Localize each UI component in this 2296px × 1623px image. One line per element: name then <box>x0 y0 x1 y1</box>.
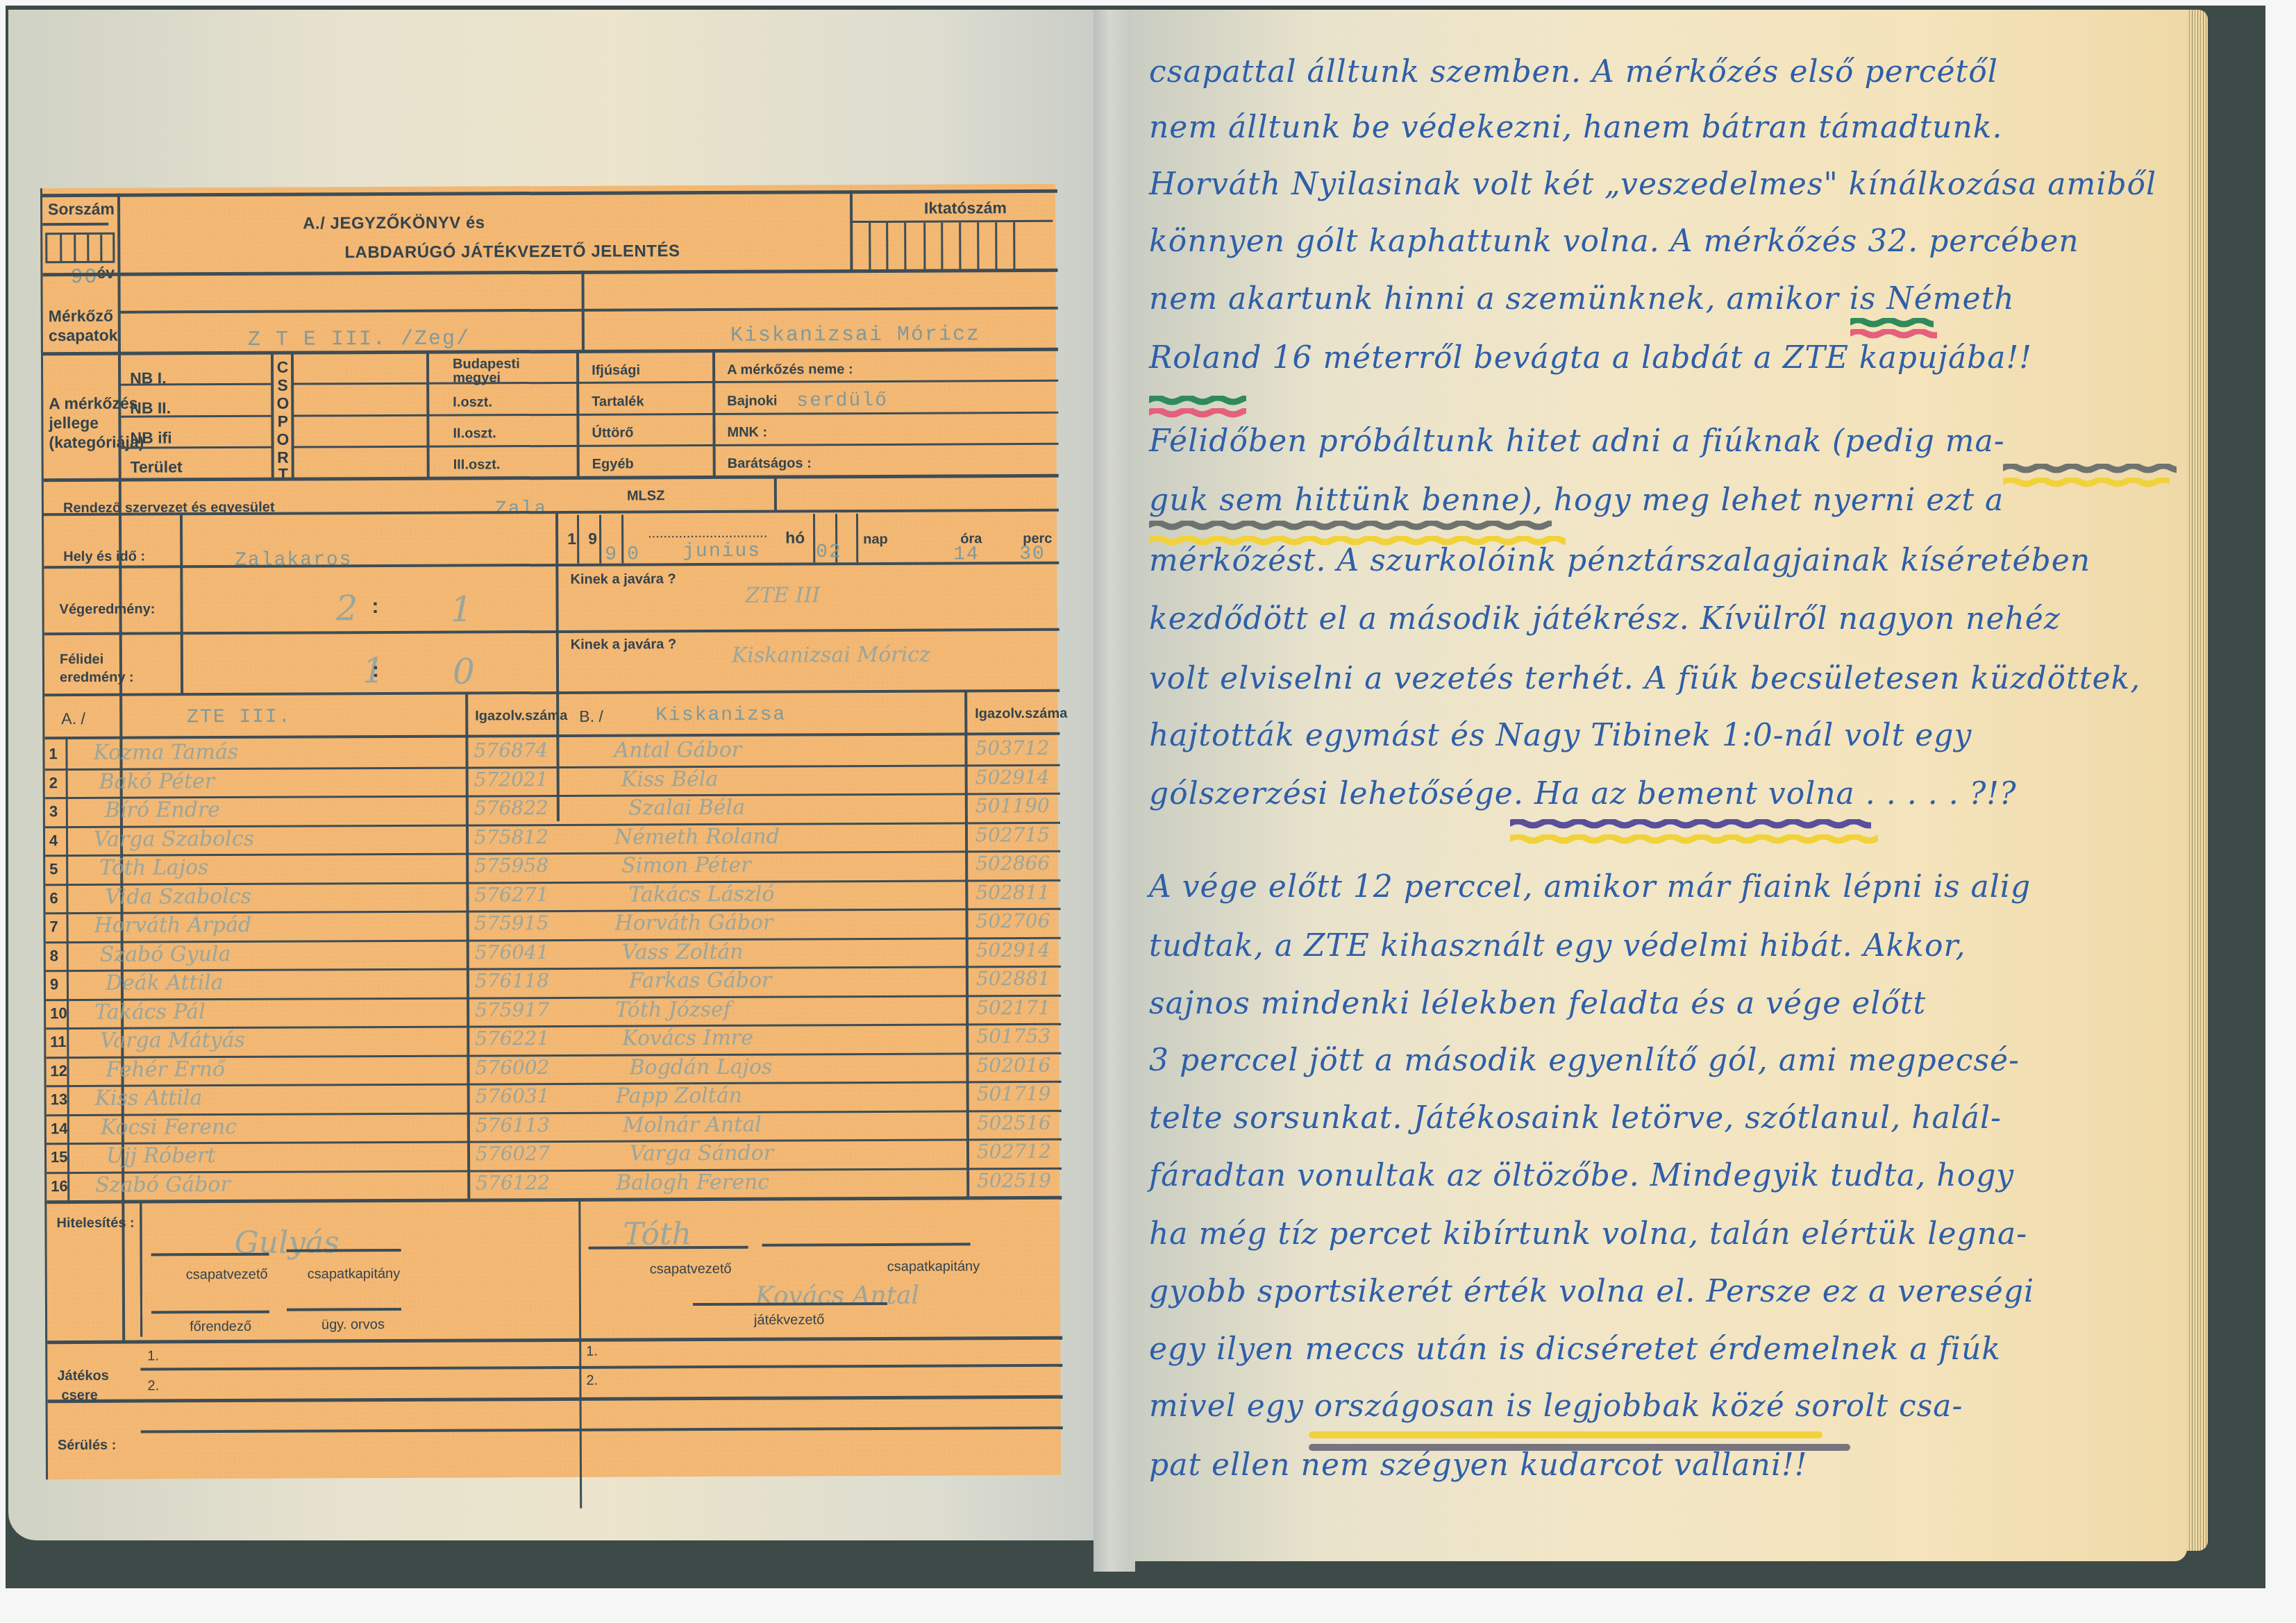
team-b-player-name: Balogh Ferenc <box>616 1170 769 1195</box>
team-a-player-name: Varga Szabolcs <box>94 826 254 851</box>
team-a-license: 576027 <box>476 1142 550 1165</box>
age-class-3: Úttörő <box>592 425 633 440</box>
team-a-license: 576271 <box>474 883 548 906</box>
diary-line: egy ilyen meccs után is dicséretet érdem… <box>1149 1331 2001 1367</box>
team-a-player-name: Vida Szabolcs <box>105 884 251 909</box>
final-score-separator: : <box>372 595 379 618</box>
diary-line: mivel egy országosan is legjobbak közé s… <box>1149 1388 1963 1424</box>
injury-label: Sérülés : <box>58 1438 117 1453</box>
divider <box>44 474 1059 482</box>
divider <box>42 190 1057 197</box>
team-b-license: 502811 <box>975 880 1050 903</box>
team-b-label: B. / <box>579 708 603 725</box>
team-a-license-label: Igazolv.száma <box>475 708 567 724</box>
row-number: 15 <box>51 1148 68 1166</box>
diary-line: könnyen gólt kaphattunk volna. A mérkőzé… <box>1149 224 2079 259</box>
place-typed: Zalakaros <box>235 549 352 571</box>
divider <box>119 307 1058 314</box>
diary-line: Roland 16 méterről bevágta a labdát a ZT… <box>1149 340 2032 376</box>
serial-number-boxes <box>45 233 115 263</box>
highlight-yellow <box>1309 1431 1822 1438</box>
category-nbifi: NB ifi <box>130 429 171 447</box>
divider <box>140 1364 1062 1371</box>
divider <box>44 732 1059 739</box>
federation-label: MLSZ <box>627 488 665 503</box>
row-divider <box>47 1138 1062 1145</box>
form-title-line2: LABDARÚGÓ JÁTÉKVEZETŐ JELENTÉS <box>344 242 680 262</box>
match-type-mnk: MNK : <box>727 425 767 440</box>
team-b-license: 502516 <box>977 1111 1051 1134</box>
final-score-away: 1 <box>450 589 472 629</box>
highlight-purple <box>1510 819 1871 829</box>
serial-label: Sorszám <box>48 201 115 219</box>
row-divider <box>46 966 1061 972</box>
row-number: 11 <box>50 1033 66 1051</box>
team-b-license: 502706 <box>975 909 1050 932</box>
row-divider <box>47 1081 1062 1087</box>
vertical-divider <box>465 693 470 1200</box>
match-type-typed: serdülő <box>796 390 888 412</box>
row-number: 4 <box>49 832 58 850</box>
highlight-yellow <box>1510 834 1878 844</box>
team-a-player-name: Deák Attila <box>106 970 224 995</box>
team-b-player-name: Farkas Gábor <box>629 968 772 993</box>
team-b-license: 503712 <box>975 737 1049 759</box>
divider <box>44 628 1059 635</box>
team-b-license: 502866 <box>975 852 1050 875</box>
signature-line <box>287 1308 401 1311</box>
team-b-license: 502519 <box>977 1168 1051 1191</box>
team-b-player-name: Simon Péter <box>621 853 751 878</box>
organizer-typed: Zala <box>495 498 547 520</box>
filing-number-boxes <box>851 220 1053 269</box>
place-time-label: Hely és idő : <box>63 549 145 565</box>
diary-line: Félidőben próbáltunk hitet adni a fiúkna… <box>1149 423 2005 459</box>
divider <box>42 223 108 226</box>
day-label: nap <box>863 532 888 547</box>
team-a-player-name: Fehér Ernő <box>106 1057 225 1082</box>
regional-class-2: II.oszt. <box>453 426 496 441</box>
team-a-license: 576118 <box>475 969 549 992</box>
diary-line: Horváth Nyilasinak volt két „veszedelmes… <box>1149 167 2156 202</box>
regional-class-1: I.oszt. <box>453 394 492 410</box>
team-a-player-name: Tóth Lajos <box>99 855 208 880</box>
team-b-player-name: Bogdán Lajos <box>629 1054 772 1079</box>
regional-class-3: III.oszt. <box>453 457 501 472</box>
highlight-green <box>1850 318 1934 328</box>
team-b-player-name: Papp Zoltán <box>616 1084 743 1109</box>
signature-line <box>589 1246 748 1250</box>
diary-line: tudtak, a ZTE kihasznált egy védelmi hib… <box>1149 928 1966 964</box>
row-divider <box>45 850 1060 857</box>
row-divider <box>45 793 1060 799</box>
vertical-divider <box>578 1200 582 1508</box>
team-a-player-name: Horváth Árpád <box>94 913 252 938</box>
category-label-2: jellege <box>49 414 99 432</box>
team-b-license: 501190 <box>975 794 1050 817</box>
team-a-license: 576122 <box>476 1171 550 1194</box>
team-a-license: 575958 <box>474 854 548 877</box>
diary-line: fáradtan vonultak az öltözőbe. Mindegyik… <box>1149 1158 2014 1193</box>
row-number: 6 <box>49 889 58 907</box>
team-b-player-name: Szalai Béla <box>628 796 745 821</box>
teams-label-1: Mérkőző <box>49 308 113 326</box>
vertical-divider <box>555 512 560 821</box>
vertical-divider <box>964 691 969 1197</box>
team-b-license-label: Igazolv.száma <box>975 706 1067 722</box>
team-b-license: 502715 <box>975 823 1050 846</box>
signature-line <box>287 1249 401 1252</box>
highlight-grey <box>1149 521 1552 530</box>
substitution-row-2-b: 2. <box>586 1373 598 1388</box>
row-divider <box>47 1167 1062 1173</box>
halftime-in-favor-label: Kinek a javára ? <box>571 637 676 653</box>
team-b-player-name: Vass Zoltán <box>622 939 744 964</box>
team-b-player-name: Horváth Gábor <box>615 911 773 936</box>
halftime-score-separator: : <box>372 659 379 682</box>
month-label: hó <box>785 529 805 546</box>
team-b-player-name: Antal Gábor <box>614 738 741 763</box>
team-a-player-name: Takács Pál <box>94 1000 206 1025</box>
row-number: 12 <box>50 1062 67 1080</box>
team-a-player-name: Bakó Péter <box>99 769 215 794</box>
row-number: 13 <box>51 1091 68 1109</box>
diary-line: telte sorsunkat. Játékosaink letörve, sz… <box>1149 1100 2002 1136</box>
team-b-player-name: Tóth József <box>615 997 731 1022</box>
year-prefix-1: 1 <box>567 530 576 548</box>
team-b-license: 502914 <box>976 938 1050 961</box>
team-a-license: 575812 <box>474 825 548 848</box>
row-divider <box>46 994 1061 1000</box>
team-b-player-name: Takács László <box>628 882 774 907</box>
row-number: 7 <box>50 918 58 936</box>
highlight-grey <box>2003 464 2177 473</box>
row-divider <box>46 1052 1061 1058</box>
age-class-1: Ifjúsági <box>592 362 640 378</box>
match-type-label: A mérkőzés neme : <box>727 362 853 378</box>
team-a-player-name: Kiss Attila <box>95 1086 203 1111</box>
diary-line: csapattal álltunk szemben. A mérkőzés el… <box>1149 54 1998 90</box>
team-b-license: 502914 <box>975 765 1050 788</box>
vertical-divider <box>180 514 183 694</box>
teams-label-2: csapatok <box>49 327 118 345</box>
team-b-player-name: Németh Roland <box>614 824 780 849</box>
referee-signature: Kovács Antal <box>755 1281 919 1311</box>
vertical-divider <box>712 352 716 477</box>
form-title-line1: A./ JEGYZŐKÖNYV és <box>303 214 485 233</box>
final-in-favor-label: Kinek a javára ? <box>570 571 676 587</box>
row-divider <box>45 908 1060 914</box>
row-number: 3 <box>49 802 58 821</box>
diary-line: A vége előtt 12 perccel, amikor már fiai… <box>1149 869 2031 905</box>
diary-line: pat ellen nem szégyen kudarcot vallani!! <box>1149 1447 1807 1483</box>
row-number: 1 <box>49 745 57 763</box>
month-typed: junius <box>682 541 761 562</box>
diary-line: volt elviselni a vezetés terhét. A fiúk … <box>1149 661 2140 696</box>
team-b-license: 501753 <box>976 1025 1050 1048</box>
team-b-typed: Kiskanizsa <box>655 705 786 727</box>
team-a-license: 572021 <box>474 768 548 791</box>
team-b-player-name: Varga Sándor <box>630 1141 773 1166</box>
final-score-home: 2 <box>335 588 358 628</box>
row-divider <box>45 879 1060 885</box>
month-dots: ............................... <box>648 525 767 541</box>
sig-label-team-captain-b: csapatkapitány <box>887 1259 980 1275</box>
row-divider <box>45 764 1060 770</box>
row-number: 2 <box>49 774 58 792</box>
team-a-license: 576221 <box>475 1027 549 1050</box>
team-a-player-name: Ujj Róbert <box>106 1143 216 1168</box>
team-a-player-name: Szabó Gyula <box>100 942 231 967</box>
sig-label-chief-organizer: főrendező <box>190 1319 251 1334</box>
team-b-license: 502881 <box>976 967 1050 990</box>
page-edges <box>2187 10 2208 1551</box>
substitution-row-1-a: 1. <box>147 1348 159 1363</box>
team-b-license: 502712 <box>977 1140 1051 1163</box>
diary-line: guk sem hittünk benne), hogy meg lehet n… <box>1149 482 2004 518</box>
row-number: 9 <box>50 975 58 993</box>
team-b-license: 501719 <box>977 1082 1051 1105</box>
divider <box>47 1336 1062 1344</box>
row-number: 8 <box>50 947 58 965</box>
sig-label-team-manager-a: csapatvezető <box>186 1267 268 1283</box>
row-divider <box>45 821 1060 827</box>
team-a-license: 576002 <box>475 1056 549 1079</box>
team-a-license: 576113 <box>476 1113 550 1136</box>
team-b-player-name: Kiss Béla <box>621 766 719 791</box>
team-a-license: 576822 <box>474 796 548 819</box>
halftime-score-away: 0 <box>453 651 475 691</box>
divider <box>44 562 1059 569</box>
team-b-player-name: Kovács Imre <box>622 1026 753 1051</box>
referee-report-form: Sorszám 90 év A./ JEGYZŐKÖNYV és LABDARÚ… <box>40 184 1061 1479</box>
substitution-row-1-b: 1. <box>586 1344 598 1359</box>
team-a-license: 576031 <box>476 1084 550 1107</box>
vertical-divider <box>271 354 274 479</box>
row-divider <box>47 1109 1062 1116</box>
diary-line: 3 perccel jött a második egyenlítő gól, … <box>1149 1043 2020 1078</box>
signature-line <box>762 1243 971 1246</box>
highlight-pink <box>1850 329 1937 339</box>
team-b-license: 502016 <box>976 1053 1050 1076</box>
signature-line <box>151 1311 269 1314</box>
divider <box>42 269 1057 276</box>
vertical-divider <box>576 353 580 478</box>
sig-label-team-captain-a: csapatkapitány <box>308 1266 401 1282</box>
substitution-row-2-a: 2. <box>147 1378 159 1393</box>
divider <box>43 348 1058 355</box>
team-home-typed: Z T E III. /Zeg/ <box>248 327 470 351</box>
team-a-player-name: Bíró Endre <box>105 798 220 823</box>
highlight-grey <box>1309 1444 1850 1451</box>
team-b-license: 502171 <box>976 995 1050 1018</box>
filing-number-label: Iktatószám <box>924 199 1007 217</box>
age-class-2: Tartalék <box>592 394 644 409</box>
divider <box>44 689 1059 696</box>
diary-line: nem akartunk hinni a szemünknek, amikor … <box>1149 281 2015 317</box>
highlight-yellow <box>2003 478 2170 487</box>
halftime-label-1: Félidei <box>60 652 103 667</box>
team-a-license: 575917 <box>475 998 549 1021</box>
team-a-license: 575915 <box>475 911 549 934</box>
diary-line: kezdődött el a második játékrész. Kívülr… <box>1149 601 2061 637</box>
team-a-label: A. / <box>61 710 85 728</box>
match-type-friendly: Barátságos : <box>728 455 812 471</box>
scanned-notebook: Sorszám 90 év A./ JEGYZŐKÖNYV és LABDARÚ… <box>0 0 2296 1623</box>
row-number: 14 <box>51 1120 68 1138</box>
category-nb2: NB II. <box>130 399 171 417</box>
sig-label-team-manager-b: csapatvezető <box>650 1261 732 1277</box>
auth-label: Hitelesítés : <box>56 1216 134 1231</box>
diary-line: gyobb sportsikerét érték volna el. Persz… <box>1149 1274 2034 1309</box>
final-in-favor-hand: ZTE III <box>745 583 820 607</box>
diary-line: gólszerzési lehetősége. Ha az bement vol… <box>1149 776 2017 811</box>
match-type-bajnoki: Bajnoki <box>727 394 777 409</box>
year-typed-2: 0 <box>627 544 640 565</box>
regional-header-1: Budapesti <box>453 356 520 371</box>
final-result-label: Végeredmény: <box>60 601 156 617</box>
sig-label-referee: játékvezető <box>754 1312 824 1327</box>
halftime-in-favor-hand: Kiskanizsai Móricz <box>732 643 930 668</box>
team-a-player-name: Kozma Tamás <box>93 740 238 765</box>
divider <box>47 1196 1062 1204</box>
row-divider <box>46 1023 1061 1029</box>
halftime-label-2: eredmény : <box>60 670 134 685</box>
highlight-yellow <box>1149 536 1566 546</box>
team-a-player-name: Varga Mátyás <box>100 1028 245 1053</box>
divider <box>141 1427 1063 1433</box>
diary-line: hajtották egymást és Nagy Tibinek 1:0-ná… <box>1149 718 1972 753</box>
team-a-license: 576041 <box>475 941 549 964</box>
year-typed-1: 9 <box>605 544 618 566</box>
highlight-pink <box>1149 408 1246 418</box>
age-class-4: Egyéb <box>592 456 634 471</box>
row-divider <box>46 936 1061 943</box>
regional-header-2: megyei <box>453 370 501 385</box>
team-a-typed: ZTE III. <box>187 707 292 729</box>
team-away-typed: Kiskanizsai Móricz <box>730 323 980 348</box>
team-a-player-name: Kocsi Ferenc <box>101 1114 237 1139</box>
vertical-divider <box>581 271 585 351</box>
row-number: 5 <box>49 860 58 878</box>
diary-line: sajnos mindenki lélekben feladta és a vé… <box>1149 986 1926 1021</box>
team-a-license: 576874 <box>474 739 548 762</box>
team-b-player-name: Molnár Antal <box>623 1112 762 1137</box>
day-typed: 02 <box>816 541 842 563</box>
diary-line: ha még tíz percet kibírtunk volna, talán… <box>1149 1216 2027 1252</box>
year-typed: 90 <box>70 266 98 289</box>
divider <box>48 1395 1063 1403</box>
year-prefix-2: 9 <box>588 530 597 548</box>
team-a-player-name: Szabó Gábor <box>95 1172 231 1197</box>
highlight-green <box>1149 396 1246 405</box>
diary-line: nem álltunk be védekezni, hanem bátran t… <box>1149 110 2002 145</box>
sig-label-doctor: ügy. orvos <box>321 1317 385 1332</box>
category-label-1: A mérkőzés <box>49 395 137 413</box>
category-terulet: Terület <box>131 458 183 476</box>
row-number: 10 <box>50 1004 67 1023</box>
vertical-divider <box>426 353 430 478</box>
page-gutter <box>1093 10 1135 1572</box>
substitution-label-1: Játékos <box>57 1368 109 1384</box>
row-number: 16 <box>51 1177 68 1195</box>
signature-line <box>151 1253 269 1256</box>
